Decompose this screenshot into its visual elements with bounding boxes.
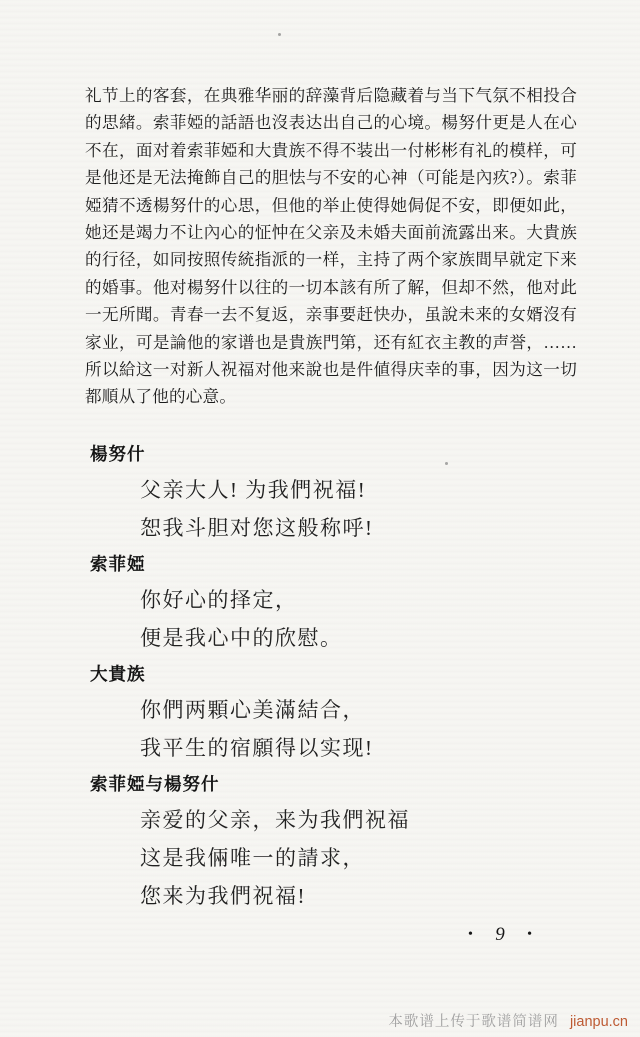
speaker-name: 大貴族 (90, 664, 585, 685)
dialogue-line: 便是我心中的欣慰。 (140, 626, 585, 651)
dialogue-section: 索菲婭 你好心的择定， 便是我心中的欣慰。 (85, 554, 585, 651)
page-number-dot-left: • (468, 928, 473, 942)
page-number-dot-right: • (527, 928, 532, 942)
speaker-name: 索菲婭与楊努什 (90, 774, 585, 795)
dialogue-section: 索菲婭与楊努什 亲爱的父亲，来为我們祝福 这是我倆唯一的請求， 您来为我們祝福! (85, 774, 585, 909)
scan-speckle (445, 462, 448, 465)
prose-paragraph: 礼节上的客套，在典雅华丽的辞藻背后隐藏着与当下气氛不相投合的思緒。索菲婭的話語也… (85, 82, 577, 411)
scanned-page: 礼节上的客套，在典雅华丽的辞藻背后隐藏着与当下气氛不相投合的思緒。索菲婭的話語也… (0, 0, 640, 1037)
dialogue-line: 我平生的宿願得以实现! (140, 736, 585, 761)
speaker-name: 索菲婭 (90, 554, 585, 575)
scan-speckle (278, 33, 281, 36)
watermark-site-text: jianpu.cn (570, 1014, 628, 1030)
dialogue-line: 你們两顆心美滿結合， (140, 698, 585, 723)
dialogue-line: 亲爱的父亲，来为我們祝福 (140, 808, 585, 833)
watermark: 本歌谱上传于歌谱简谱网 jianpu.cn (388, 1010, 628, 1031)
dialogue-section: 大貴族 你們两顆心美滿結合， 我平生的宿願得以实现! (85, 664, 585, 761)
watermark-text: 本歌谱上传于歌谱简谱网 (388, 1014, 559, 1030)
page-number-value: 9 (495, 924, 505, 946)
dialogue-line: 你好心的择定， (140, 588, 585, 613)
dialogue-line: 这是我倆唯一的請求， (140, 846, 585, 871)
speaker-name: 楊努什 (90, 444, 585, 465)
dialogue-section: 楊努什 父亲大人! 为我們祝福! 恕我斗胆对您这般称呼! (85, 444, 585, 541)
dialogue-line: 父亲大人! 为我們祝福! (140, 478, 585, 503)
dialogue-line: 您来为我們祝福! (140, 884, 585, 909)
libretto-dialogue: 楊努什 父亲大人! 为我們祝福! 恕我斗胆对您这般称呼! 索菲婭 你好心的择定，… (85, 444, 585, 922)
page-number: • 9 • (468, 924, 532, 946)
dialogue-line: 恕我斗胆对您这般称呼! (140, 516, 585, 541)
